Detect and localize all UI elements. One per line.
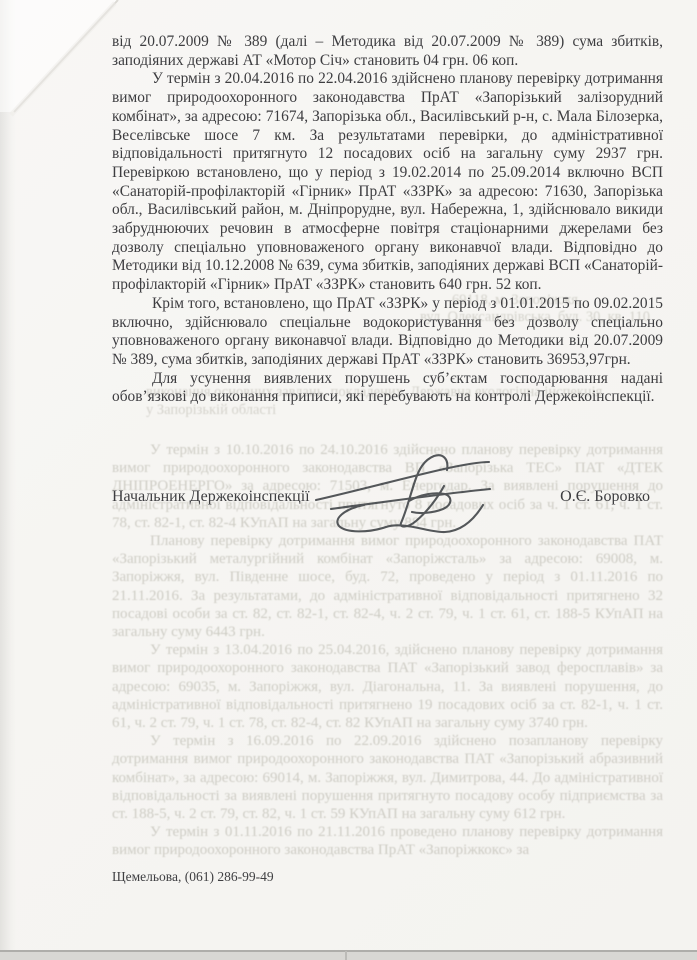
bleedthrough-paragraph: У термін з 01.11.2016 по 21.11.2016 пров… xyxy=(112,823,663,859)
signer-name: О.Є. Боровко xyxy=(560,488,650,506)
handwritten-signature xyxy=(300,430,560,610)
letter-body: від 20.07.2009 № 389 (далі – Методика ві… xyxy=(112,33,663,407)
letter-paragraph: У термін з 20.04.2016 по 22.04.2016 здій… xyxy=(112,70,663,294)
letter-paragraph: Для усунення виявлених порушень суб’єкта… xyxy=(112,370,663,407)
scanner-bottom-mark xyxy=(345,951,347,960)
footer-contact: Щемельова, (061) 286-99-49 xyxy=(112,869,274,885)
letter-paragraph: від 20.07.2009 № 389 (далі – Методика ві… xyxy=(112,33,663,70)
bleedthrough-paragraph: У термін з 13.04.2016 по 25.04.2016, зді… xyxy=(112,641,663,732)
signer-title: Начальник Держекоінспекції xyxy=(112,488,310,506)
bleedthrough-paragraph: У термін з 16.09.2016 по 22.09.2016 здій… xyxy=(112,732,663,823)
scanned-letter-page: 69118, м. Запоріжжя, вул. Олександрівськ… xyxy=(0,0,697,951)
page-left-edge-shadow xyxy=(0,0,16,951)
scanner-bottom-strip xyxy=(0,950,697,960)
letter-paragraph: Крім того, встановлено, що ПрАТ «ЗЗРК» у… xyxy=(112,295,663,370)
